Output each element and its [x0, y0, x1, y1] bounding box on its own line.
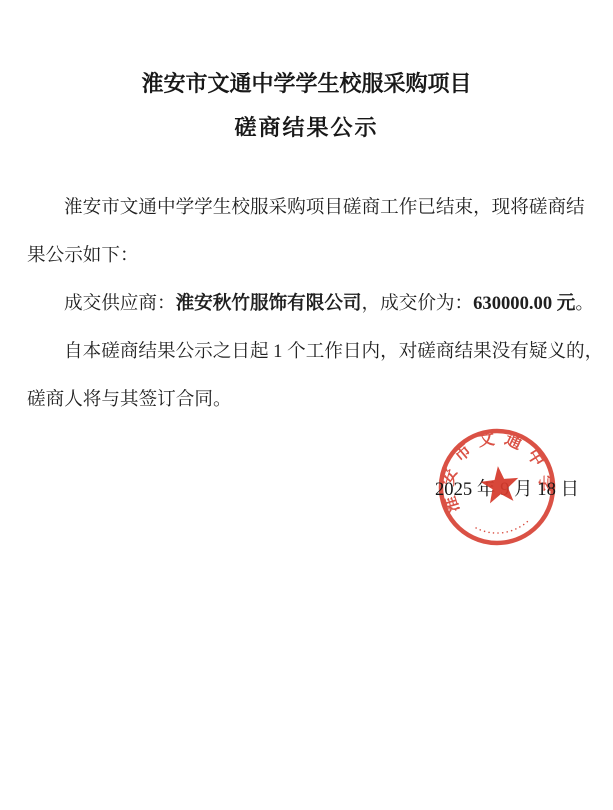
paragraph3-line2: 磋商人将与其签订合同。: [27, 376, 599, 424]
document-title-line1: 淮安市文通中学学生校服采购项目: [0, 71, 613, 97]
sentence-end: 。: [575, 293, 594, 314]
supplier-name: 淮安秋竹服饰有限公司: [176, 293, 362, 314]
document-body: 淮安市文通中学学生校服采购项目磋商工作已结束，现将磋商结 果公示如下： 成交供应…: [27, 184, 599, 424]
price-value: 630000.00 元: [473, 293, 575, 314]
paragraph2-supplier-line: 成交供应商：淮安秋竹服饰有限公司，成交价为：630000.00 元。: [27, 280, 599, 328]
document-page: 淮安市文通中学学生校服采购项目 磋商结果公示 淮安市文通中学学生校服采购项目磋商…: [0, 0, 613, 810]
paragraph3-line1: 自本磋商结果公示之日起 1 个工作日内，对磋商结果没有疑义的，: [27, 328, 599, 376]
paragraph1-line2: 果公示如下：: [27, 232, 599, 280]
paragraph1-line1: 淮安市文通中学学生校服采购项目磋商工作已结束，现将磋商结: [27, 184, 599, 232]
document-title-line2: 磋商结果公示: [0, 115, 613, 141]
seal-star-layer: [435, 424, 562, 551]
price-label: ，成交价为：: [362, 293, 474, 314]
supplier-label: 成交供应商：: [64, 293, 176, 314]
star-icon: [479, 464, 521, 504]
